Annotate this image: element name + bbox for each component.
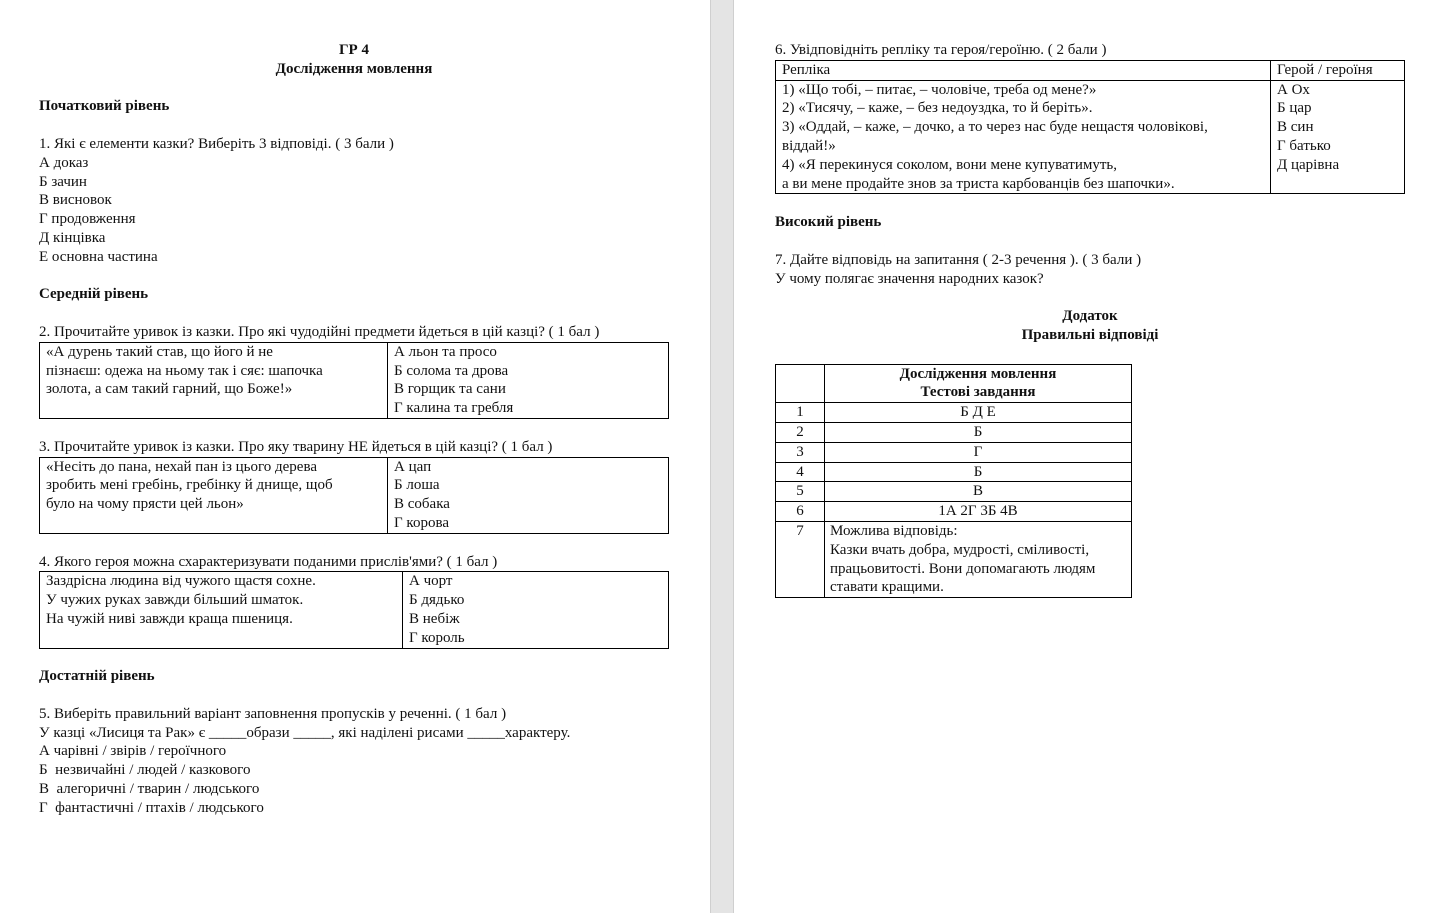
answer-row: 6 1А 2Г 3Б 4В bbox=[776, 502, 1132, 522]
option: Б дядько bbox=[409, 591, 662, 610]
option: Б зачин bbox=[39, 173, 669, 192]
option: В собака bbox=[394, 495, 662, 514]
answer-line: Казки вчать добра, мудрості, сміливості, bbox=[830, 541, 1126, 560]
answer-number: 7 bbox=[776, 521, 825, 597]
question-6: 6. Увідповідніть репліку та героя/героїн… bbox=[775, 41, 1405, 194]
answer-number: 1 bbox=[776, 403, 825, 423]
document-page-left: ГР 4 Дослідження мовлення Початковий рів… bbox=[0, 0, 710, 913]
answer-value-text: Можлива відповідь: Казки вчать добра, му… bbox=[825, 521, 1132, 597]
column-header-hero: Герой / героїня bbox=[1271, 60, 1405, 80]
excerpt-line: «Несіть до пана, нехай пан із цього дере… bbox=[46, 458, 381, 477]
question-1-text: 1. Які є елементи казки? Виберіть 3 відп… bbox=[39, 135, 669, 154]
level-heading-high: Високий рівень bbox=[775, 213, 1405, 232]
proverb-line: Заздрісна людина від чужого щастя сохне. bbox=[46, 572, 396, 591]
question-7: 7. Дайте відповідь на запитання ( 2-3 ре… bbox=[775, 251, 1405, 289]
level-heading-initial: Початковий рівень bbox=[39, 97, 669, 116]
answer-value: В bbox=[825, 482, 1132, 502]
option: Г фантастичні / птахів / людського bbox=[39, 799, 669, 818]
answers-header-line: Тестові завдання bbox=[830, 383, 1126, 402]
option: В алегоричні / тварин / людського bbox=[39, 780, 669, 799]
option: Д кінцівка bbox=[39, 229, 669, 248]
question-2-text: 2. Прочитайте уривок із казки. Про які ч… bbox=[39, 323, 669, 342]
option: Е основна частина bbox=[39, 248, 669, 267]
options-cell: А льон та просо Б солома та дрова В горщ… bbox=[388, 342, 669, 418]
replica-line: віддай!» bbox=[782, 137, 1264, 156]
question-3-text: 3. Прочитайте уривок із казки. Про яку т… bbox=[39, 438, 669, 457]
excerpt-line: зробить мені гребінь, гребінку й днище, … bbox=[46, 476, 381, 495]
question-7-text: 7. Дайте відповідь на запитання ( 2-3 ре… bbox=[775, 251, 1405, 270]
answer-row: 7 Можлива відповідь: Казки вчать добра, … bbox=[776, 521, 1132, 597]
option: Г король bbox=[409, 629, 662, 648]
question-3-table: «Несіть до пана, нехай пан із цього дере… bbox=[39, 457, 669, 534]
answers-header-line: Дослідження мовлення bbox=[830, 365, 1126, 384]
replica-line: 1) «Що тобі, – питає, – чоловіче, треба … bbox=[782, 81, 1264, 100]
question-5-text: 5. Виберіть правильний варіант заповненн… bbox=[39, 705, 669, 724]
answers-header: Дослідження мовлення Тестові завдання bbox=[825, 364, 1132, 403]
question-5-sentence: У казці «Лисиця та Рак» є _____образи __… bbox=[39, 724, 669, 743]
answer-value: Б Д Е bbox=[825, 403, 1132, 423]
question-3: 3. Прочитайте уривок із казки. Про яку т… bbox=[39, 438, 669, 534]
answers-header-empty bbox=[776, 364, 825, 403]
option: Г корова bbox=[394, 514, 662, 533]
question-4-table: Заздрісна людина від чужого щастя сохне.… bbox=[39, 571, 669, 648]
answer-line: Можлива відповідь: bbox=[830, 522, 1126, 541]
hero-option: Б цар bbox=[1277, 99, 1398, 118]
option: Б незвичайні / людей / казкового bbox=[39, 761, 669, 780]
replica-line: 2) «Тисячу, – каже, – без недоуздка, то … bbox=[782, 99, 1264, 118]
option: В горщик та сани bbox=[394, 380, 662, 399]
replica-line: а ви мене продайте знов за триста карбов… bbox=[782, 175, 1264, 194]
option: Б солома та дрова bbox=[394, 362, 662, 381]
appendix-title: Додаток bbox=[775, 307, 1405, 326]
option: А цап bbox=[394, 458, 662, 477]
heroes-cell: А Ох Б цар В син Г батько Д царівна bbox=[1271, 80, 1405, 194]
document-title: ГР 4 bbox=[39, 41, 669, 60]
excerpt-line: було на чому прясти цей льон» bbox=[46, 495, 381, 514]
question-1: 1. Які є елементи казки? Виберіть 3 відп… bbox=[39, 135, 669, 267]
answer-value: Б bbox=[825, 422, 1132, 442]
level-heading-sufficient: Достатній рівень bbox=[39, 667, 669, 686]
proverb-line: У чужих руках завжди більший шматок. bbox=[46, 591, 396, 610]
option: А чарівні / звірів / героїчного bbox=[39, 742, 669, 761]
question-4-text: 4. Якого героя можна схарактеризувати по… bbox=[39, 553, 669, 572]
appendix-subtitle: Правильні відповіді bbox=[775, 326, 1405, 345]
question-6-text: 6. Увідповідніть репліку та героя/героїн… bbox=[775, 41, 1405, 60]
replicas-cell: 1) «Що тобі, – питає, – чоловіче, треба … bbox=[776, 80, 1271, 194]
answer-line: працьовитості. Вони допомагають людям bbox=[830, 560, 1126, 579]
excerpt-line: золота, а сам такий гарний, що Боже!» bbox=[46, 380, 381, 399]
option: А чорт bbox=[409, 572, 662, 591]
options-cell: А цап Б лоша В собака Г корова bbox=[388, 457, 669, 533]
page-gutter bbox=[710, 0, 734, 913]
replica-line: 4) «Я перекинуся соколом, вони мене купу… bbox=[782, 156, 1264, 175]
answer-value: Г bbox=[825, 442, 1132, 462]
option: Б лоша bbox=[394, 476, 662, 495]
excerpt-cell: «Несіть до пана, нехай пан із цього дере… bbox=[40, 457, 388, 533]
proverb-line: На чужій ниві завжди краща пшениця. bbox=[46, 610, 396, 629]
question-6-table: Репліка Герой / героїня 1) «Що тобі, – п… bbox=[775, 60, 1405, 195]
answer-row: 5 В bbox=[776, 482, 1132, 502]
answer-number: 6 bbox=[776, 502, 825, 522]
document-subtitle: Дослідження мовлення bbox=[39, 60, 669, 79]
answer-number: 4 bbox=[776, 462, 825, 482]
hero-option: А Ох bbox=[1277, 81, 1398, 100]
answer-row: 1 Б Д Е bbox=[776, 403, 1132, 423]
excerpt-line: пізнаєш: одежа на ньому так і сяє: шапоч… bbox=[46, 362, 381, 381]
option: А доказ bbox=[39, 154, 669, 173]
question-4: 4. Якого героя можна схарактеризувати по… bbox=[39, 553, 669, 649]
hero-option: В син bbox=[1277, 118, 1398, 137]
replica-line: 3) «Оддай, – каже, – дочко, а то через н… bbox=[782, 118, 1264, 137]
answer-line: ставати кращими. bbox=[830, 578, 1126, 597]
answer-row: 3 Г bbox=[776, 442, 1132, 462]
column-header-replica: Репліка bbox=[776, 60, 1271, 80]
proverbs-cell: Заздрісна людина від чужого щастя сохне.… bbox=[40, 572, 403, 648]
excerpt-cell: «А дурень такий став, що його й не пізна… bbox=[40, 342, 388, 418]
answer-number: 3 bbox=[776, 442, 825, 462]
answer-row: 4 Б bbox=[776, 462, 1132, 482]
option: Г калина та гребля bbox=[394, 399, 662, 418]
hero-option: Г батько bbox=[1277, 137, 1398, 156]
answer-row: 2 Б bbox=[776, 422, 1132, 442]
answer-value: Б bbox=[825, 462, 1132, 482]
hero-option: Д царівна bbox=[1277, 156, 1398, 175]
question-7-prompt: У чому полягає значення народних казок? bbox=[775, 270, 1405, 289]
answer-number: 5 bbox=[776, 482, 825, 502]
document-page-right: 6. Увідповідніть репліку та героя/героїн… bbox=[734, 0, 1443, 913]
options-cell: А чорт Б дядько В небіж Г король bbox=[403, 572, 669, 648]
option: А льон та просо bbox=[394, 343, 662, 362]
option: В небіж bbox=[409, 610, 662, 629]
answer-value: 1А 2Г 3Б 4В bbox=[825, 502, 1132, 522]
page-right-content: 6. Увідповідніть репліку та героя/героїн… bbox=[775, 41, 1405, 598]
answer-number: 2 bbox=[776, 422, 825, 442]
page-left-content: ГР 4 Дослідження мовлення Початковий рів… bbox=[39, 41, 669, 818]
option: В висновок bbox=[39, 191, 669, 210]
option: Г продовження bbox=[39, 210, 669, 229]
question-2-table: «А дурень такий став, що його й не пізна… bbox=[39, 342, 669, 419]
excerpt-line: «А дурень такий став, що його й не bbox=[46, 343, 381, 362]
question-5: 5. Виберіть правильний варіант заповненн… bbox=[39, 705, 669, 818]
level-heading-middle: Середній рівень bbox=[39, 285, 669, 304]
answers-table: Дослідження мовлення Тестові завдання 1 … bbox=[775, 364, 1132, 599]
question-2: 2. Прочитайте уривок із казки. Про які ч… bbox=[39, 323, 669, 419]
